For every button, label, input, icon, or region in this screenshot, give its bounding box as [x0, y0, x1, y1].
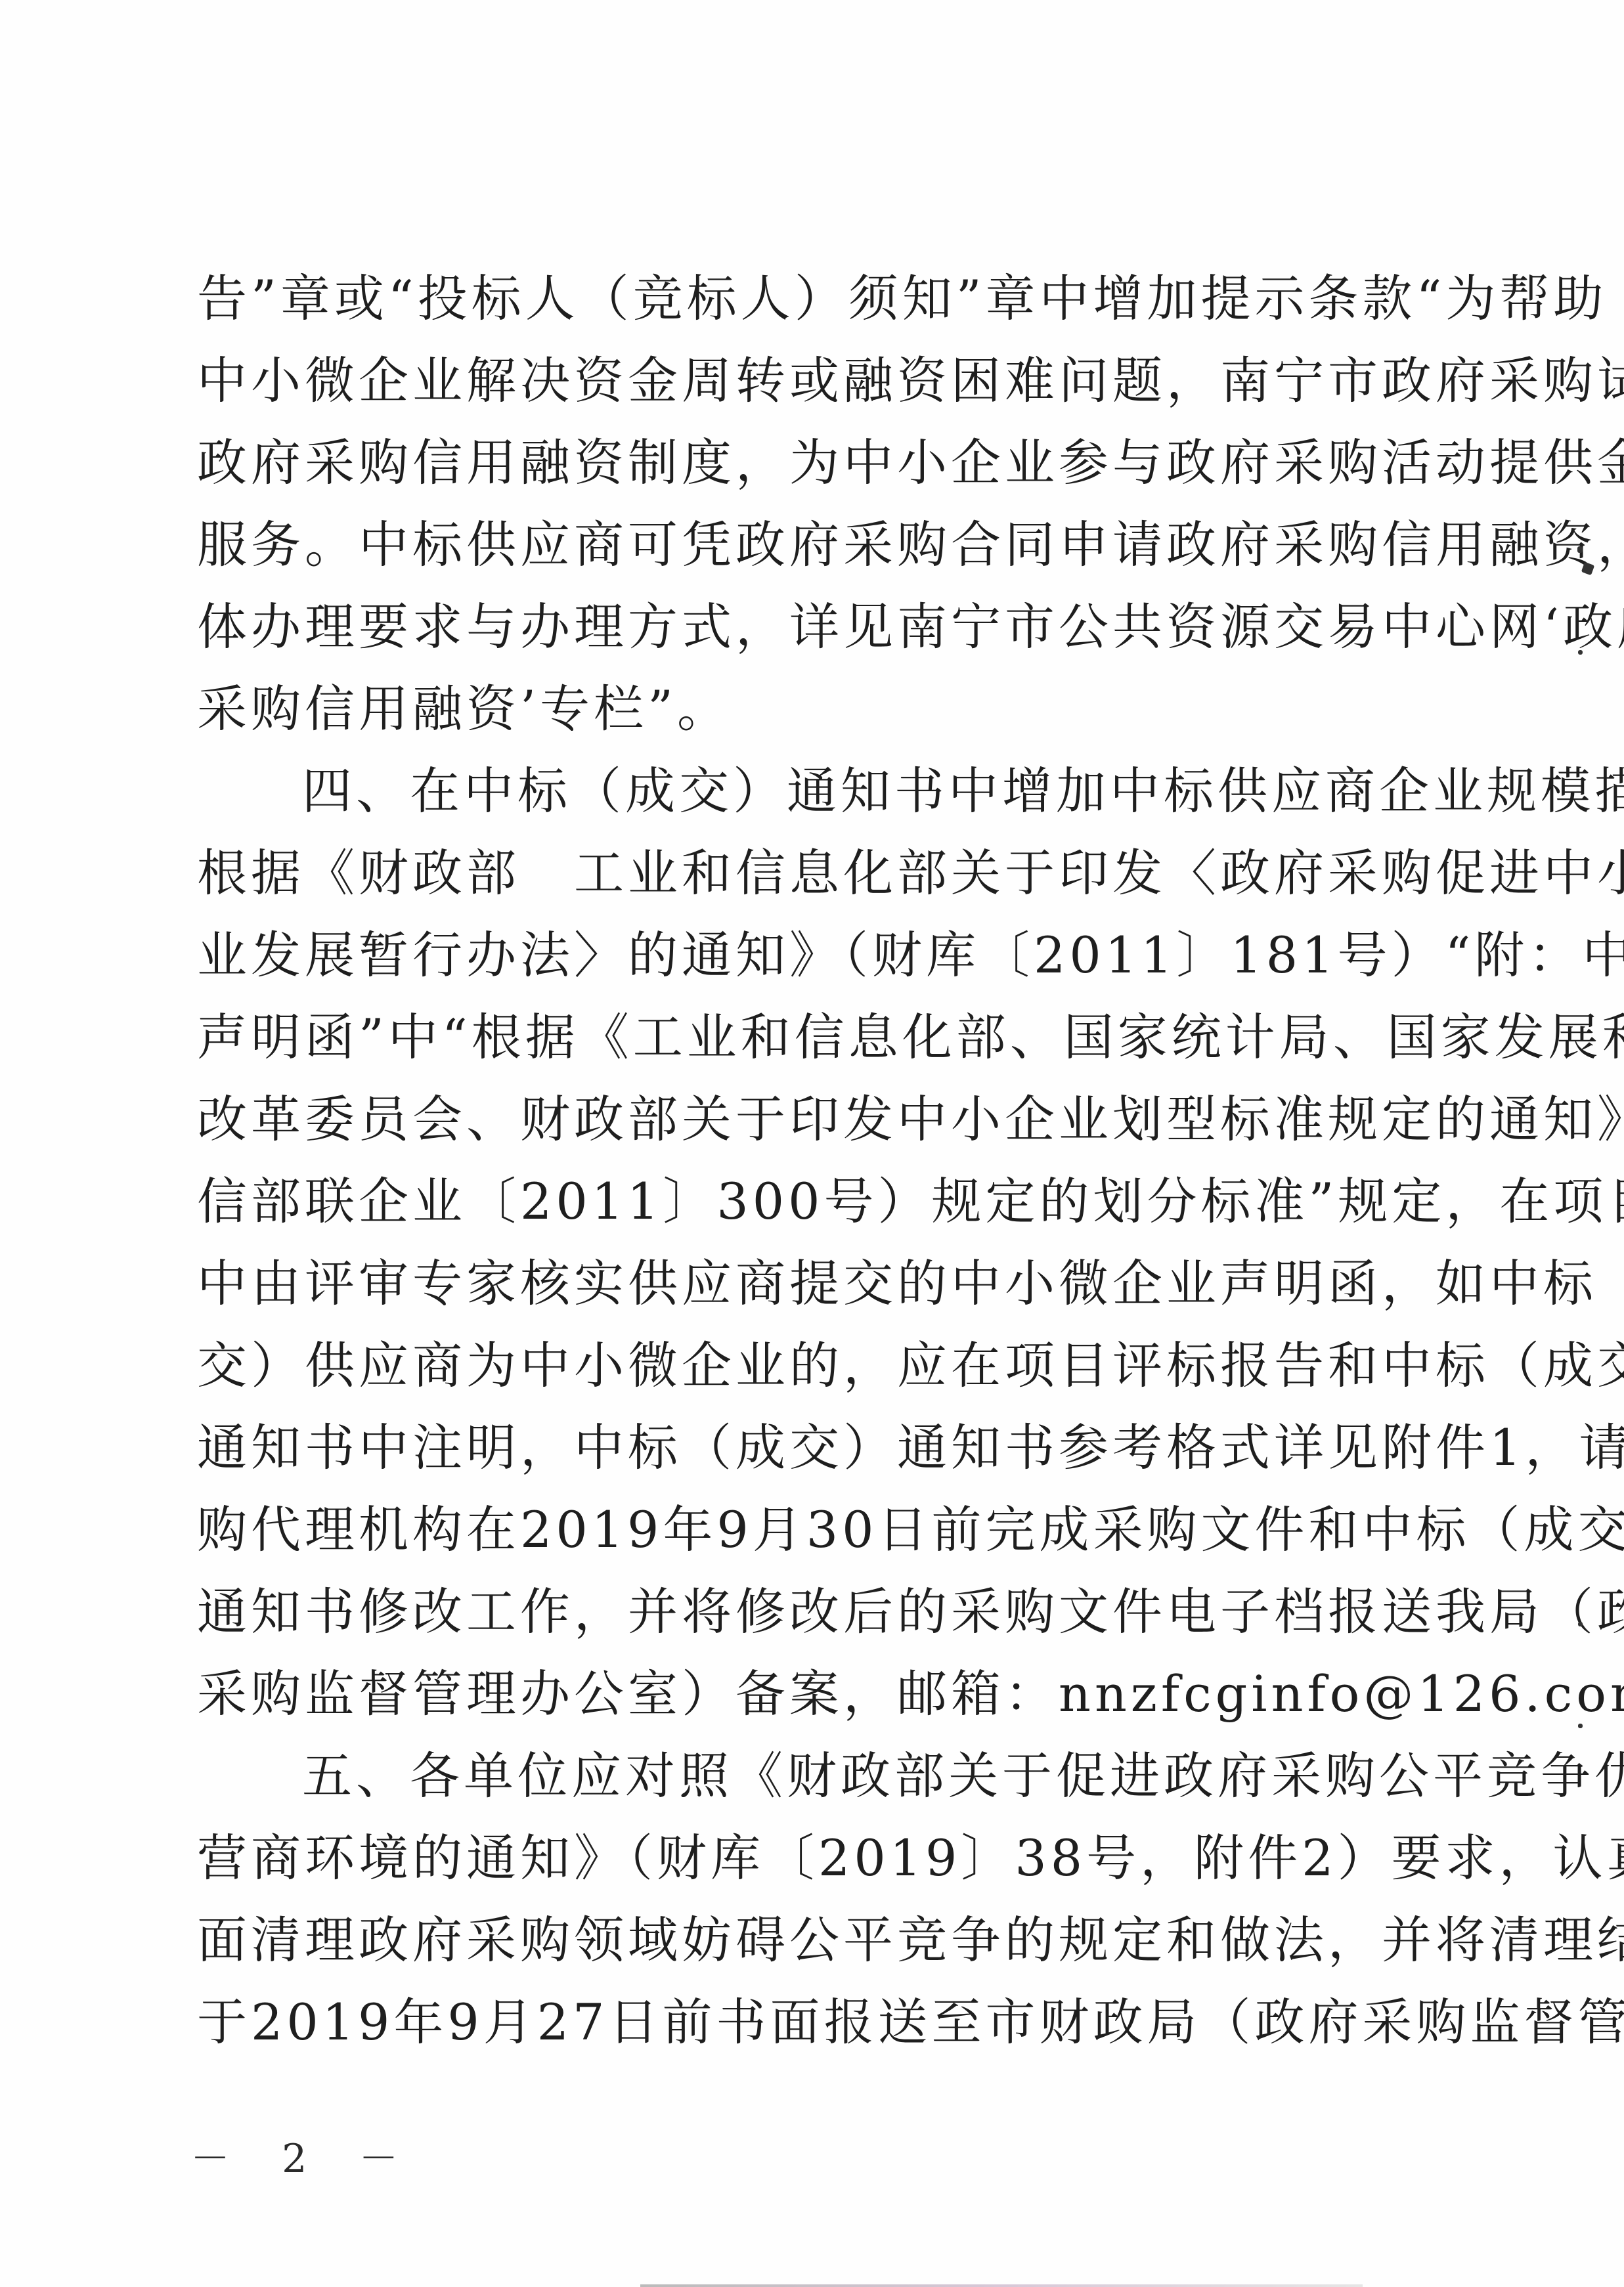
text-line-9: 业发展暂行办法〉的通知》（财库〔2011〕181号）“附：中小企业: [197, 914, 1434, 996]
page-number: － 2 －: [190, 2127, 418, 2184]
text-line-11: 改革委员会、财政部关于印发中小企业划型标准规定的通知》（工: [197, 1078, 1434, 1160]
section-four-heading-line: 四、在中标（成交）通知书中增加中标供应商企业规模描述。: [197, 750, 1434, 832]
text-line-4: 服务。中标供应商可凭政府采购合同申请政府采购信用融资，具: [197, 504, 1434, 586]
scan-artifact-mark: [1578, 1622, 1583, 1626]
text-line-15: 通知书中注明，中标（成交）通知书参考格式详见附件1，请各采: [197, 1406, 1434, 1489]
scan-artifact-mark: [1578, 1724, 1583, 1728]
scan-artifact-mark: [1578, 650, 1583, 655]
document-page: 告”章或“投标人（竞标人）须知”章中增加提示条款“为帮助 中小微企业解决资金周转…: [0, 0, 1624, 2287]
text-line-6: 采购信用融资’专栏”。: [197, 668, 1434, 750]
text-line-2: 中小微企业解决资金周转或融资困难问题，南宁市政府采购试行: [197, 339, 1434, 422]
text-line-email: 采购监督管理办公室）备案，邮箱：nnzfcginfo@126.com。: [197, 1653, 1434, 1735]
text-line-20: 营商环境的通知》（财库〔2019〕38号，附件2）要求，认真、全: [197, 1817, 1434, 1899]
document-body: 告”章或“投标人（竞标人）须知”章中增加提示条款“为帮助 中小微企业解决资金周转…: [197, 257, 1434, 2063]
text-line-13: 中由评审专家核实供应商提交的中小微企业声明函，如中标（成: [197, 1242, 1434, 1324]
text-line-1: 告”章或“投标人（竞标人）须知”章中增加提示条款“为帮助: [197, 257, 1434, 339]
text-line-8: 根据《财政部 工业和信息化部关于印发〈政府采购促进中小企: [197, 832, 1434, 914]
scan-artifact-mark: [1577, 546, 1583, 553]
text-line-5: 体办理要求与办理方式，详见南宁市公共资源交易中心网‘政府: [197, 586, 1434, 668]
text-line-14: 交）供应商为中小微企业的，应在项目评标报告和中标（成交）: [197, 1324, 1434, 1406]
text-line-10: 声明函”中“根据《工业和信息化部、国家统计局、国家发展和: [197, 996, 1434, 1078]
text-line-22: 于2019年9月27日前书面报送至市财政局（政府采购监督管理: [197, 1981, 1434, 2063]
text-line-3: 政府采购信用融资制度，为中小企业参与政府采购活动提供金融: [197, 422, 1434, 504]
section-five-heading-line: 五、各单位应对照《财政部关于促进政府采购公平竞争优化: [197, 1735, 1434, 1817]
text-line-12: 信部联企业〔2011〕300号）规定的划分标准”规定，在项目评审: [197, 1160, 1434, 1242]
text-line-16: 购代理机构在2019年9月30日前完成采购文件和中标（成交）: [197, 1489, 1434, 1571]
page-bottom-edge: [640, 2284, 1363, 2287]
text-line-17: 通知书修改工作，并将修改后的采购文件电子档报送我局（政府: [197, 1571, 1434, 1653]
text-line-21: 面清理政府采购领域妨碍公平竞争的规定和做法，并将清理结果: [197, 1899, 1434, 1981]
